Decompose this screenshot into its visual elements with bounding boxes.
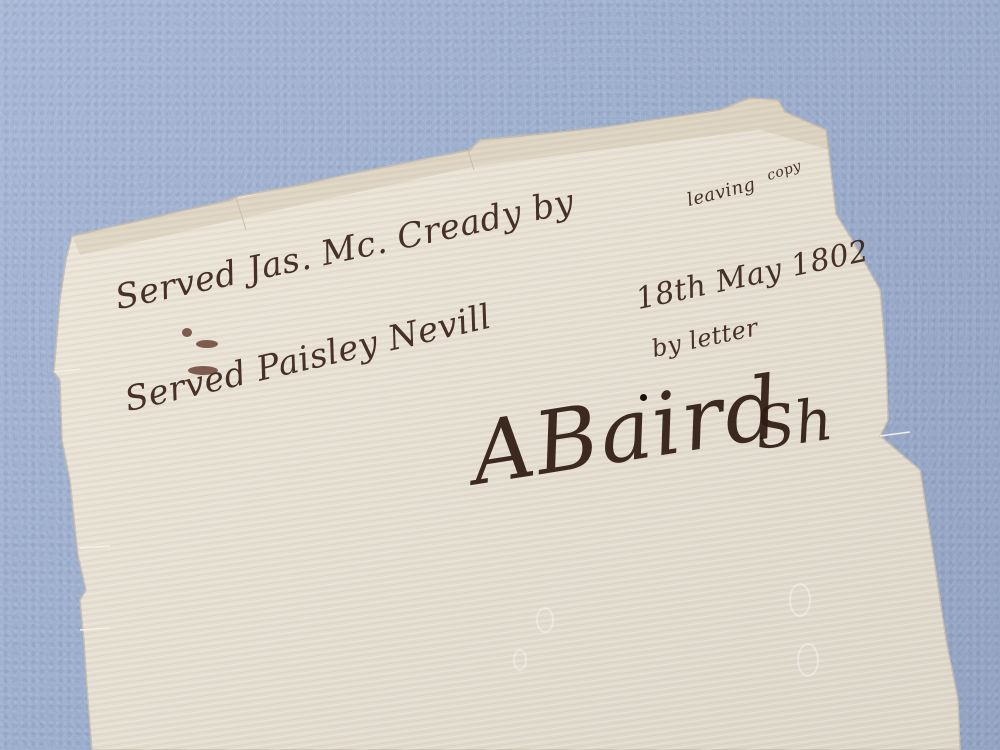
- signature-suffix: Sh: [751, 385, 838, 463]
- ink-stain: [196, 340, 218, 348]
- paper-sheet: Served Jas. Mc. Cready by leaving copy S…: [0, 0, 1000, 750]
- photo-scene: Served Jas. Mc. Cready by leaving copy S…: [0, 0, 1000, 750]
- ink-stain: [182, 328, 192, 337]
